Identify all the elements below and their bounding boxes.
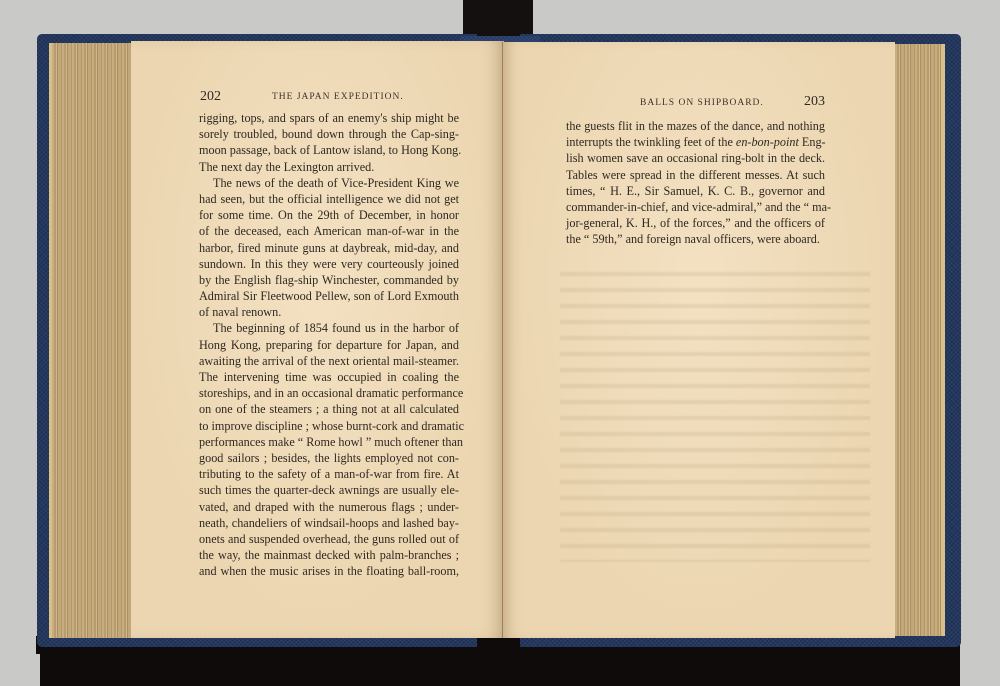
- text-line: tributing to the safety of a man-of-war …: [199, 466, 459, 482]
- left-page-body: rigging, tops, and spars of an enemy's s…: [199, 110, 459, 579]
- running-head-left: THE JAPAN EXPEDITION.: [272, 92, 404, 102]
- text-line: The beginning of 1854 found us in the ha…: [199, 320, 459, 336]
- text-span: Eng-: [799, 135, 826, 149]
- italic-text: en-bon-point: [736, 135, 799, 149]
- text-line: awaiting the arrival of the next orienta…: [199, 353, 459, 369]
- text-line: such times the quarter-deck awnings are …: [199, 482, 459, 498]
- text-line: to improve discipline ; whose burnt-cork…: [199, 418, 459, 434]
- text-line: of the deceased, each American man-of-wa…: [199, 223, 459, 239]
- right-page: BALLS ON SHIPBOARD. 203 the guests flit …: [503, 42, 895, 638]
- text-line: good sailors ; besides, the lights emplo…: [199, 450, 459, 466]
- text-line: lish women save an occasional ring-bolt …: [566, 150, 825, 166]
- text-line: harbor, fired minute guns at daybreak, m…: [199, 240, 459, 256]
- text-line: Tables were spread in the different mess…: [566, 167, 825, 183]
- text-line: Hong Kong, preparing for departure for J…: [199, 337, 459, 353]
- text-line: vated, and draped with the numerous flag…: [199, 499, 459, 515]
- page-block-edge-left: [49, 43, 131, 638]
- text-span: interrupts the twinkling feet of the: [566, 135, 736, 149]
- text-line: sorely troubled, bound down through the …: [199, 126, 459, 142]
- right-page-body: the guests flit in the mazes of the danc…: [566, 118, 825, 248]
- text-line: performances make “ Rome howl ” much oft…: [199, 434, 459, 450]
- text-line: on one of the steamers ; a thing not at …: [199, 401, 459, 417]
- text-line: The intervening time was occupied in coa…: [199, 369, 459, 385]
- text-line: onets and suspended overhead, the guns r…: [199, 531, 459, 547]
- text-line: by the English flag-ship Winchester, com…: [199, 272, 459, 288]
- page-number-right: 203: [804, 94, 825, 110]
- running-head-right: BALLS ON SHIPBOARD.: [640, 98, 764, 108]
- text-line: had seen, but the official intelligence …: [199, 191, 459, 207]
- text-line: Admiral Sir Fleetwood Pellew, son of Lor…: [199, 288, 459, 304]
- text-line: times, “ H. E., Sir Samuel, K. C. B., go…: [566, 183, 825, 199]
- text-line: interrupts the twinkling feet of the en-…: [566, 134, 825, 150]
- text-line: the “ 59th,” and foreign naval officers,…: [566, 231, 825, 247]
- text-line: sundown. In this they were very courteou…: [199, 256, 459, 272]
- text-line: commander-in-chief, and vice-admiral,” a…: [566, 199, 825, 215]
- page-block-edge-right: [895, 44, 945, 636]
- text-line: and when the music arises in the floatin…: [199, 563, 459, 579]
- text-line: jor-general, K. H., of the forces,” and …: [566, 215, 825, 231]
- left-page: 202 THE JAPAN EXPEDITION. rigging, tops,…: [131, 41, 504, 638]
- text-line: the way, the mainmast decked with palm-b…: [199, 547, 459, 563]
- text-line: The news of the death of Vice-President …: [199, 175, 459, 191]
- text-line: rigging, tops, and spars of an enemy's s…: [199, 110, 459, 126]
- text-line: the guests flit in the mazes of the danc…: [566, 118, 825, 134]
- text-line: of naval renown.: [199, 304, 459, 320]
- text-line: storeships, and in an occasional dramati…: [199, 385, 459, 401]
- text-line: for some time. On the 29th of December, …: [199, 207, 459, 223]
- text-line: moon passage, back of Lantow island, to …: [199, 142, 459, 158]
- text-line: neath, chandeliers of windsail-hoops and…: [199, 515, 459, 531]
- page-number-left: 202: [200, 89, 221, 105]
- text-line: The next day the Lexington arrived.: [199, 159, 459, 175]
